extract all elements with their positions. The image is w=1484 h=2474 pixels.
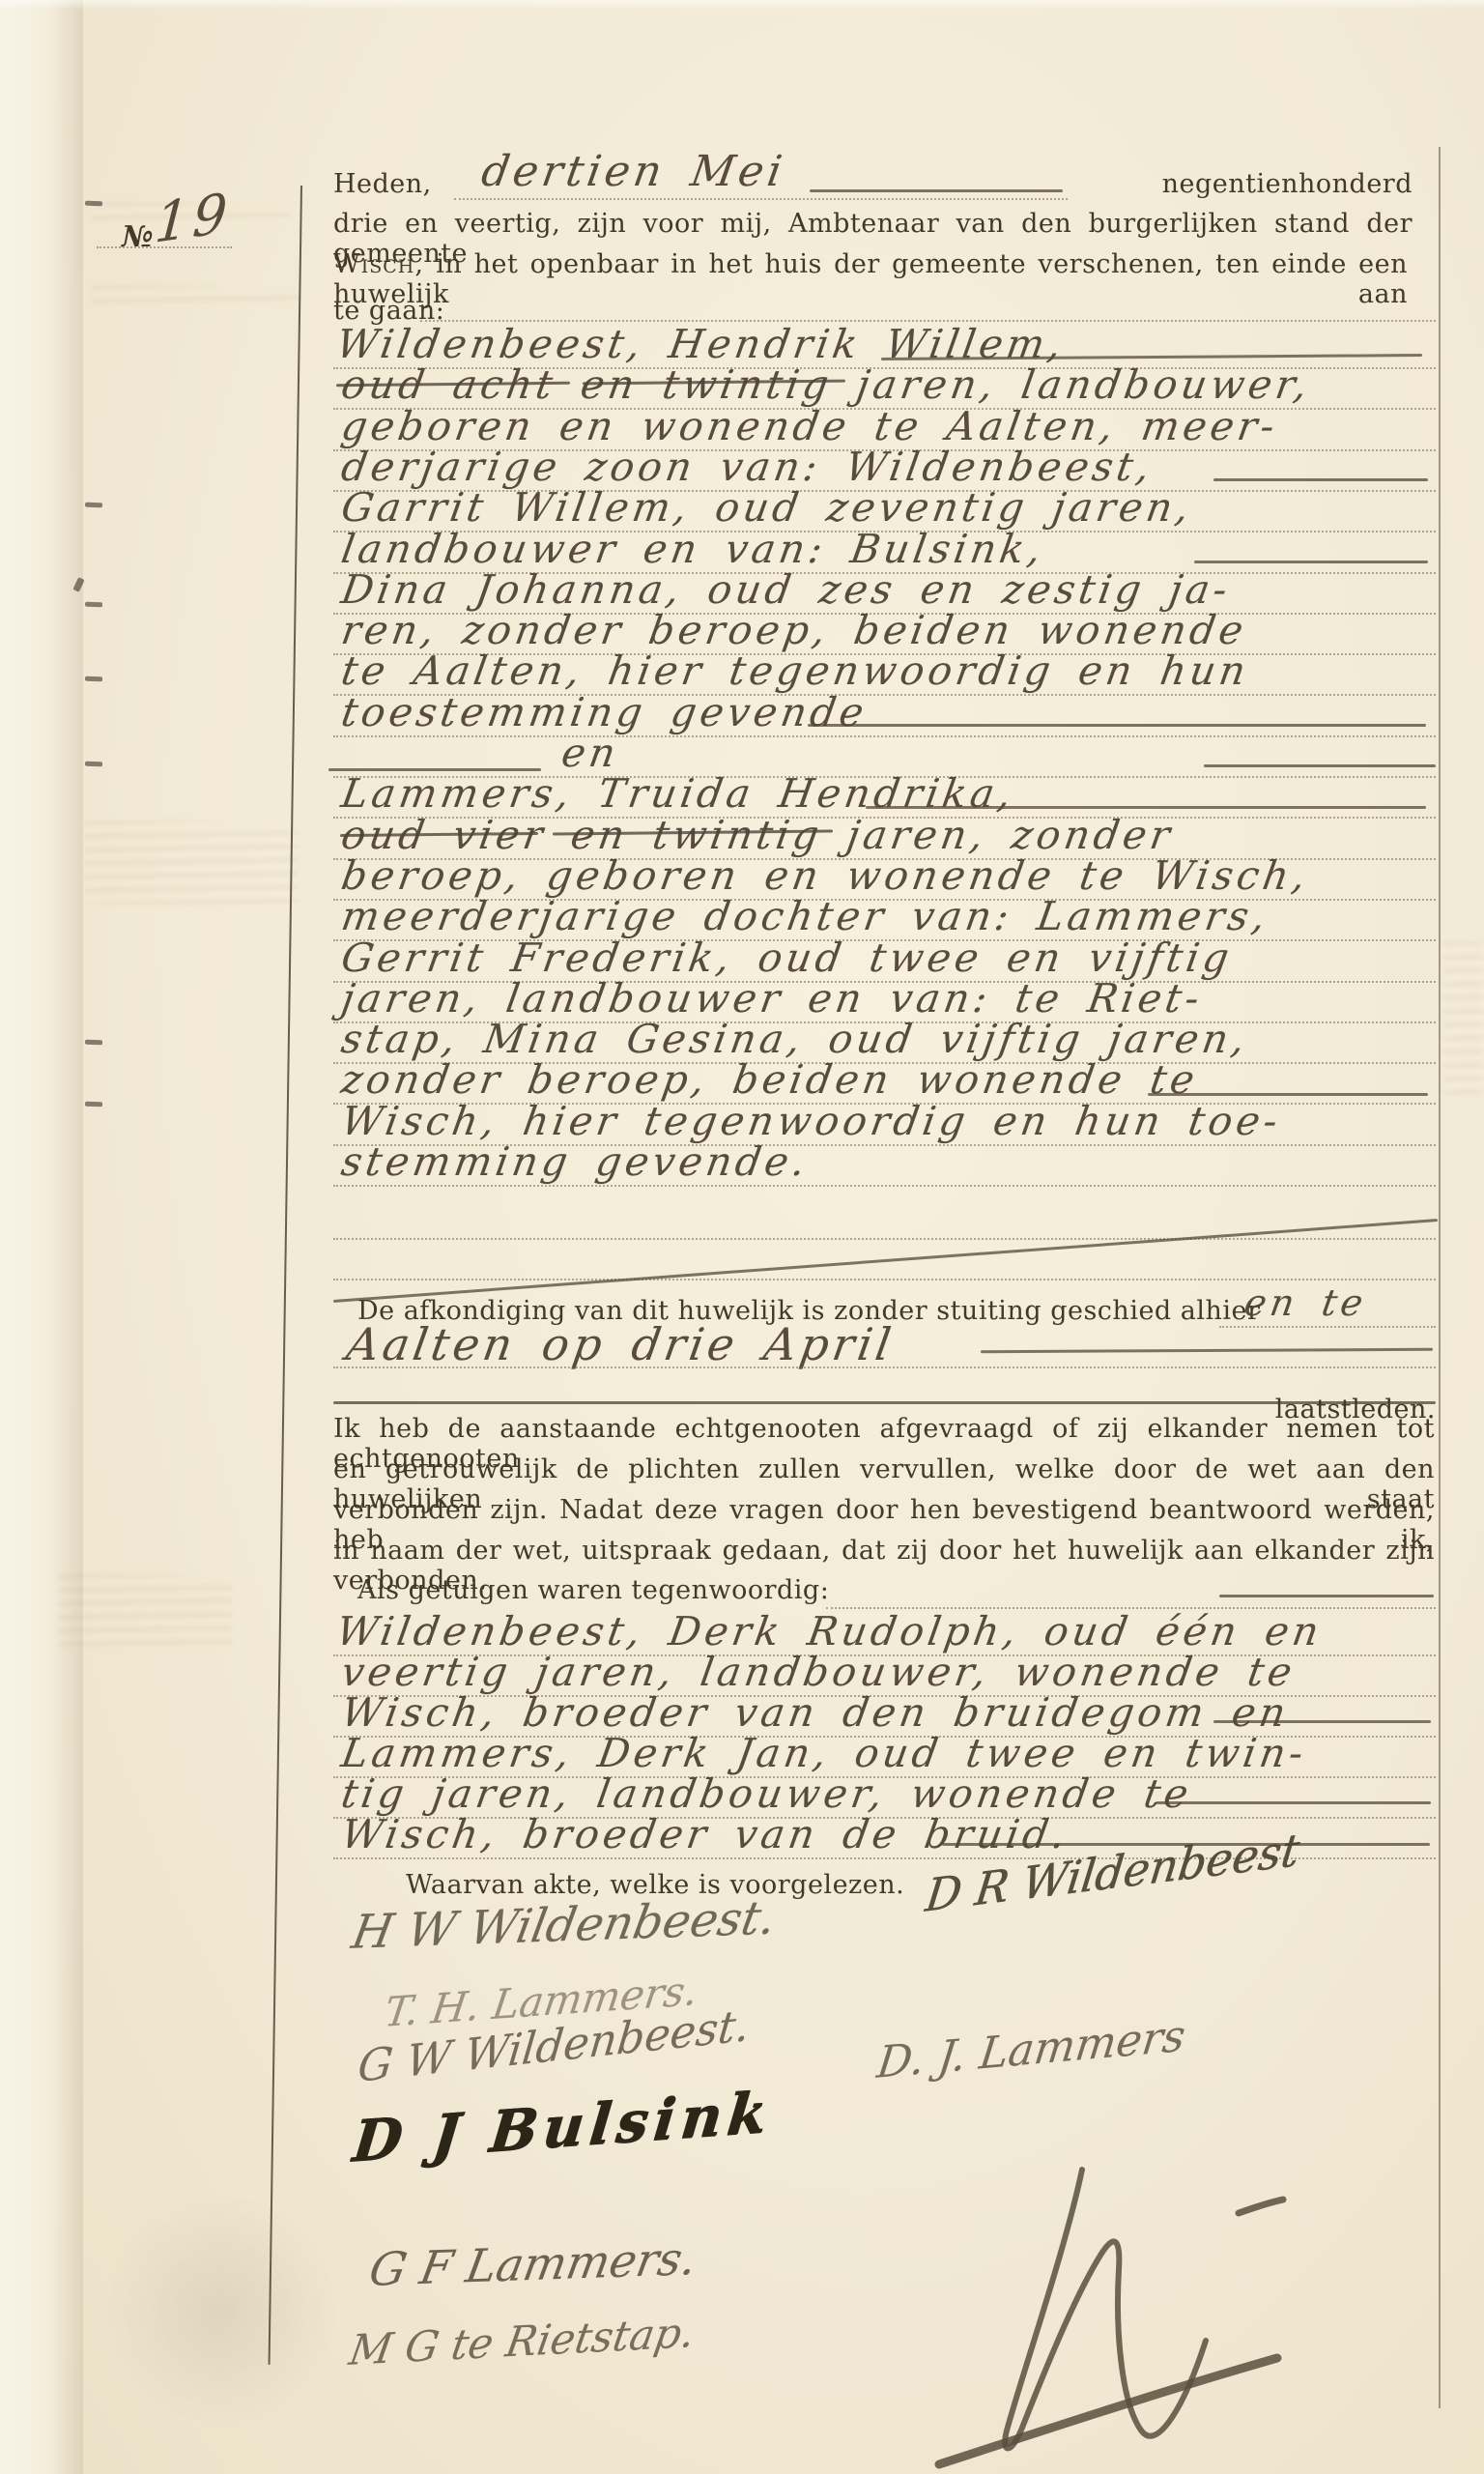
groom-entry-line: ren, zonder beroep, beiden wonende	[338, 607, 1250, 653]
pencil-smudge-artifact	[106, 2194, 338, 2426]
signature-mother-groom: D J Bulsink	[350, 2079, 776, 2174]
groom-entry-line: geboren en wonende te Aalten, meer-	[338, 403, 1281, 449]
registrar-signature-flourish	[899, 2116, 1333, 2474]
date-guide-line	[454, 198, 1068, 200]
page-edge-mark	[85, 1102, 102, 1108]
groom-entry-line: Dina Johanna, oud zes en zestig ja-	[338, 566, 1235, 613]
bride-entry-line: jaren, landbouwer en van: te Riet-	[338, 975, 1207, 1021]
bride-entry-line: stap, Mina Gesina, oud vijftig jaren,	[338, 1016, 1252, 1062]
marriage-certificate-page: № 19 Heden, dertien Mei negentienhonderd…	[0, 0, 1484, 2474]
bride-entry-line: Gerrit Frederik, oud twee en vijftig	[338, 935, 1236, 981]
ink-stroke	[808, 724, 1426, 727]
witness-entry-line: tig jaren, landbouwer, wonende te	[338, 1770, 1195, 1817]
groom-entry-line: te Aalten, hier tegenwoordig en hun	[338, 647, 1252, 694]
groom-entry-line: toestemming gevende	[338, 689, 870, 735]
bride-entry-line: Wisch, hier tegenwoordig en hun toe-	[338, 1098, 1285, 1144]
opening-year-printed: negentienhonderd	[1014, 169, 1413, 199]
dotted-guide-line	[333, 1185, 1436, 1187]
municipality-name: Wisch,	[333, 249, 424, 279]
witness-entry-line: Lammers, Derk Jan, oud twee en twin-	[338, 1730, 1310, 1776]
act-number-value: 19	[153, 182, 233, 256]
act-number-symbol: №	[122, 220, 154, 254]
witness-entry-line: Wisch, broeder van de bruid.	[338, 1811, 1072, 1857]
bleed-through-artifact	[85, 821, 298, 904]
page-edge-mark	[85, 1040, 102, 1046]
ink-stroke	[866, 806, 1426, 809]
page-edge-mark	[85, 676, 102, 682]
dotted-guide-line	[333, 1366, 1436, 1368]
signature-mother-bride: M G te Rietstap.	[346, 2309, 699, 2375]
bleed-through-artifact	[58, 1575, 232, 1653]
dotted-guide-line	[333, 1279, 1436, 1280]
groom-entry-line: Wildenbeest, Hendrik Willem,	[333, 321, 1069, 367]
ink-stroke	[1204, 764, 1436, 767]
ink-stroke	[1156, 1801, 1431, 1804]
opening-line3-rest: in het openbaar in het huis der gemeente…	[333, 249, 1408, 309]
right-page-rule	[1439, 147, 1441, 2408]
bride-entry-line: beroep, geboren en wonende te Wisch,	[338, 852, 1313, 899]
witness-entry-line: Wisch, broeder van den bruidegom en	[338, 1689, 1293, 1736]
witness-entry-line: veertig jaren, landbouwer, wonende te	[338, 1649, 1298, 1695]
signature-groom: H W Wildenbeest.	[348, 1890, 780, 1960]
marriage-date-handwritten: dertien Mei	[478, 147, 789, 196]
bride-entry-line: meerderjarige dochter van: Lammers,	[338, 893, 1272, 939]
witness-entry-line: Wildenbeest, Derk Rudolph, oud één en	[333, 1608, 1326, 1654]
afkondiging-place-handwritten: Aalten op drie April	[343, 1318, 899, 1370]
dotted-guide-line	[1219, 1326, 1436, 1328]
margin-rule	[269, 186, 302, 2365]
dotted-guide-line	[333, 1238, 1436, 1240]
ink-stroke	[1194, 561, 1428, 563]
opening-heden-label: Heden,	[333, 169, 432, 199]
afkondiging-suffix-handwritten: en te	[1241, 1281, 1370, 1324]
page-edge-mark	[85, 201, 102, 207]
bride-entry-line: zonder beroep, beiden wonende te	[338, 1056, 1202, 1103]
bleed-through-artifact	[1443, 942, 1482, 1097]
ink-stroke	[1213, 1720, 1431, 1723]
conjunction-en: en	[558, 730, 622, 776]
signature-witness-lammers: D. J. Lammers	[874, 2009, 1188, 2088]
scan-top-edge	[0, 0, 1484, 10]
page-edge-mark	[85, 602, 102, 608]
groom-entry-line: derjarige zoon van: Wildenbeest,	[338, 444, 1156, 490]
scan-left-edge	[0, 0, 83, 2474]
page-edge-mark	[85, 762, 102, 767]
bride-entry-line: stemming gevende.	[338, 1138, 813, 1185]
ink-stroke	[1213, 478, 1428, 481]
dotted-guide-line	[333, 735, 1436, 737]
bleed-through-artifact	[92, 286, 300, 309]
bride-entry-line: Lammers, Truida Hendrika,	[338, 770, 1018, 817]
ink-stroke	[1219, 1595, 1434, 1597]
signature-father-bride: G F Lammers.	[365, 2232, 700, 2297]
groom-entry-line: Garrit Willem, oud zeventig jaren,	[338, 484, 1196, 531]
witnesses-intro: Als getuigen waren tegenwoordig:	[357, 1575, 829, 1605]
ink-stroke	[981, 1348, 1433, 1353]
page-edge-mark	[85, 503, 102, 508]
groom-entry-line: landbouwer en van: Bulsink,	[338, 526, 1048, 572]
opening-line3: Wisch, in het openbaar in het huis der g…	[333, 249, 1408, 309]
ink-stroke	[1148, 1093, 1428, 1096]
